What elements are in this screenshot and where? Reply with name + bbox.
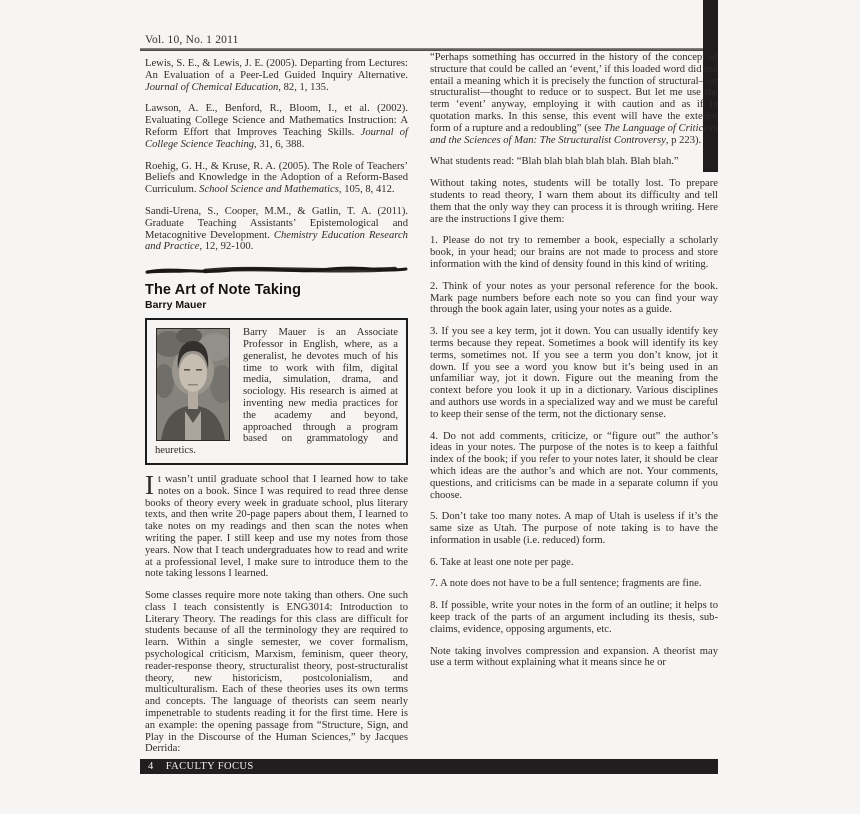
drop-cap: I — [145, 474, 158, 496]
footer-bar: 4 FACULTY FOCUS — [140, 759, 718, 774]
reference-entry: Lawson, A. E., Benford, R., Bloom, I., e… — [145, 103, 408, 150]
article-paragraphs: It wasn’t until graduate school that I l… — [145, 474, 408, 755]
column-paragraph: 1. Please do not try to remember a book,… — [430, 235, 718, 270]
column-paragraph: 2. Think of your notes as your personal … — [430, 281, 718, 316]
references-list: Lewis, S. E., & Lewis, J. E. (2005). Dep… — [145, 58, 408, 253]
right-column: “Perhaps something has occurred in the h… — [430, 52, 718, 679]
footer-page-number: 4 — [148, 761, 154, 772]
author-bio-box: Barry Mauer is an Associate Professor in… — [145, 318, 408, 465]
column-paragraph: What students read: “Blah blah blah blah… — [430, 156, 718, 168]
column-paragraph: Without taking notes, students will be t… — [430, 178, 718, 225]
article-paragraph: It wasn’t until graduate school that I l… — [145, 474, 408, 580]
header-rule — [140, 48, 718, 51]
left-column: Lewis, S. E., & Lewis, J. E. (2005). Dep… — [145, 58, 408, 765]
newsletter-page: Vol. 10, No. 1 2011 Lewis, S. E., & Lewi… — [0, 0, 860, 814]
reference-entry: Sandi-Urena, S., Cooper, M.M., & Gatlin,… — [145, 206, 408, 253]
column-paragraph: 4. Do not add comments, criticize, or “f… — [430, 431, 718, 502]
right-column-paragraphs: “Perhaps something has occurred in the h… — [430, 52, 718, 669]
column-paragraph: “Perhaps something has occurred in the h… — [430, 52, 718, 146]
footer-title: FACULTY FOCUS — [166, 761, 254, 772]
reference-entry: Lewis, S. E., & Lewis, J. E. (2005). Dep… — [145, 58, 408, 93]
column-paragraph: 6. Take at least one note per page. — [430, 557, 718, 569]
column-paragraph: 8. If possible, write your notes in the … — [430, 600, 718, 635]
author-photo-icon — [156, 328, 230, 441]
hand-drawn-divider-icon — [145, 263, 408, 276]
column-paragraph: Note taking involves compression and exp… — [430, 646, 718, 670]
column-paragraph: 5. Don’t take too many notes. A map of U… — [430, 511, 718, 546]
column-paragraph: 7. A note does not have to be a full sen… — [430, 578, 718, 590]
article-author: Barry Mauer — [145, 299, 408, 311]
article-paragraph: Some classes require more note taking th… — [145, 590, 408, 755]
article-title: The Art of Note Taking — [145, 282, 408, 298]
reference-entry: Roehig, G. H., & Kruse, R. A. (2005). Th… — [145, 161, 408, 196]
column-paragraph: 3. If you see a key term, jot it down. Y… — [430, 326, 718, 420]
volume-header: Vol. 10, No. 1 2011 — [145, 34, 239, 46]
